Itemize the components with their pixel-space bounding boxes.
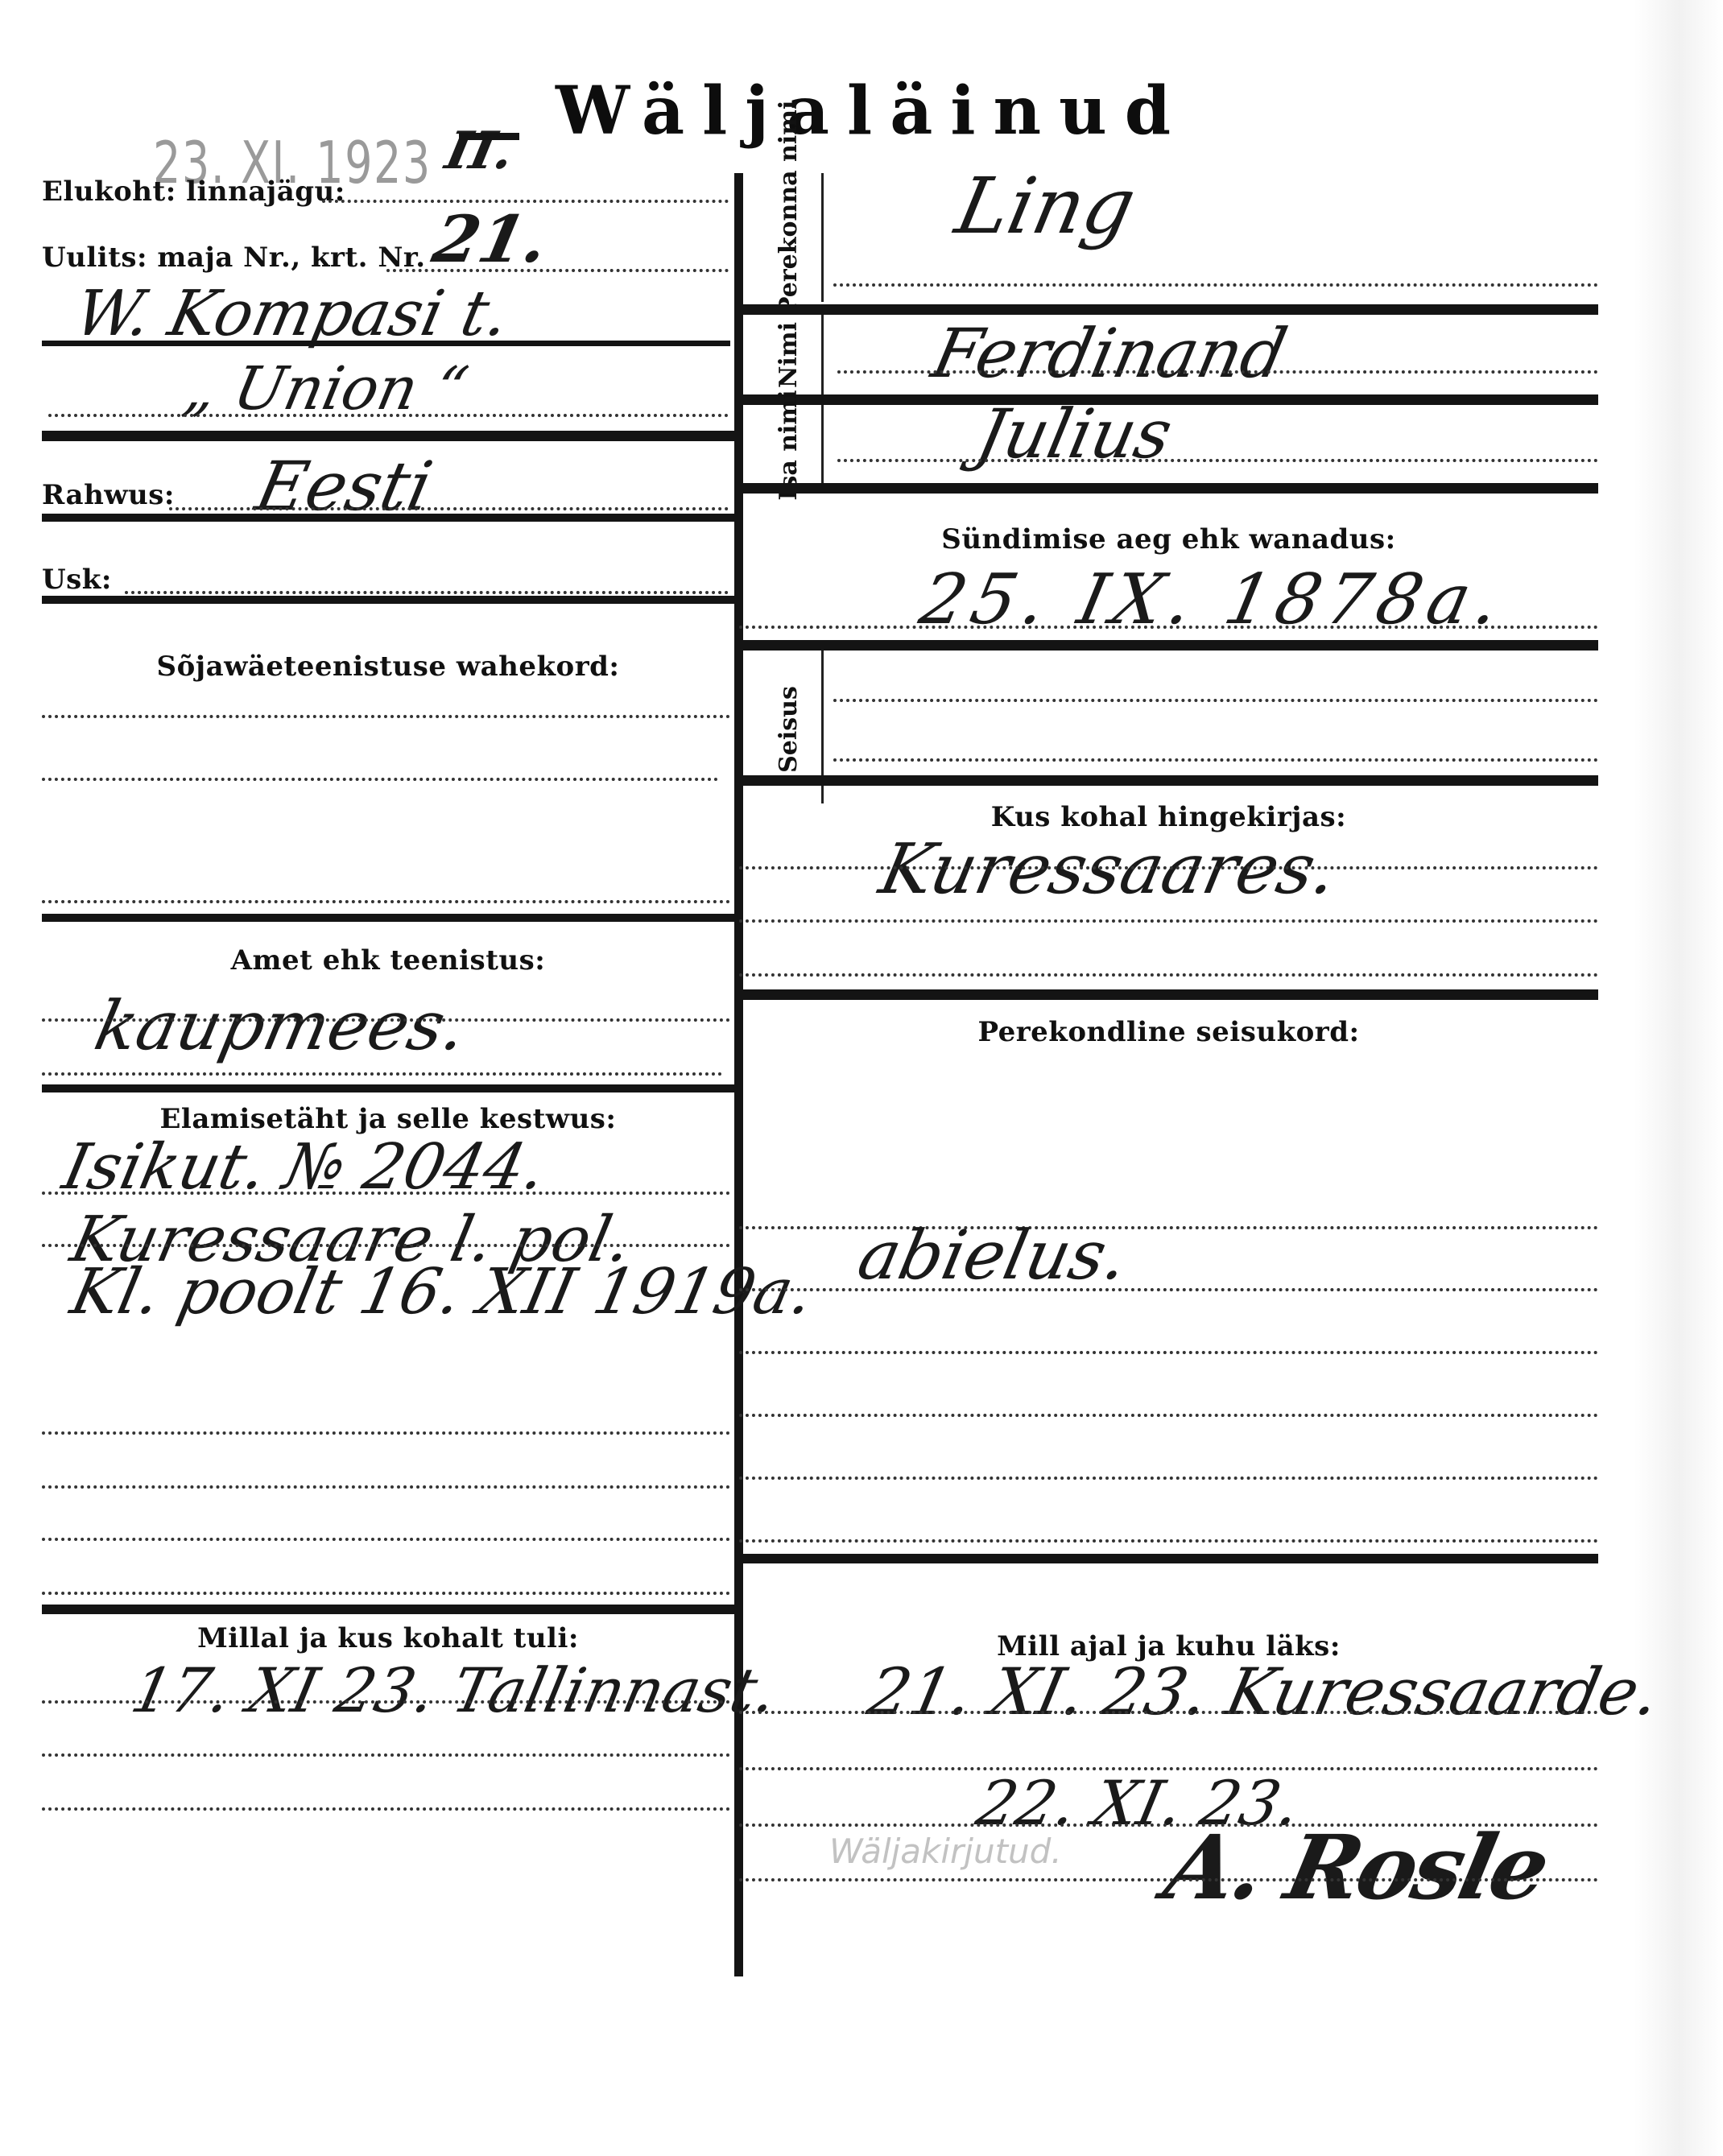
nimi-line [837,370,1598,374]
millal-tuli-label: Millal ja kus kohalt tuli: [42,1622,734,1654]
perekondlik-line-4[interactable] [739,1414,1598,1417]
amet-label: Amet ehk teenistus: [42,944,734,977]
elamiseta-rule-3 [42,1431,730,1435]
sojavae-label: Sõjawäeteenistuse wahekord: [42,651,734,683]
perekondlik-line-2 [739,1288,1598,1291]
torn-paper-edge [1634,0,1723,2156]
signature: A. Rosle [1156,1815,1556,1919]
millal-tuli-rule-1 [42,1700,730,1704]
nimi-value[interactable]: Ferdinand [926,314,1294,393]
isa-line [837,459,1598,462]
synd-label: Sündimise aeg ehk wanadus: [739,523,1598,556]
section-rule-4 [42,914,734,922]
perekondlik-line-6[interactable] [739,1539,1598,1543]
right-rule-5 [739,775,1598,786]
address-line2-rule [48,414,729,417]
right-rule-6 [739,989,1598,1000]
elamiseta-rule-5[interactable] [42,1538,730,1541]
millal-tuli-rule-3[interactable] [42,1807,730,1811]
hingekiri-value[interactable]: Kuressaares. [873,829,1344,910]
section-rule-1 [42,431,734,441]
elukoht-label: Elukoht: linnajägu: [42,176,345,208]
section-rule-3 [42,596,734,604]
millal-tuli-rule-2[interactable] [42,1753,730,1757]
address-rule [42,341,730,346]
amet-line-1[interactable] [42,1018,730,1022]
seisus-label: Seisus [776,681,802,778]
sojavae-line-3[interactable] [42,900,730,903]
elamiseta-rule-2 [42,1244,730,1247]
uulits-value[interactable]: 21. [427,201,555,277]
section-rule-5 [42,1084,734,1092]
lahkus-line-4 [739,1878,1598,1881]
perekonna-line [833,283,1598,287]
right-rule-7 [739,1554,1598,1563]
label-divider-3 [821,405,824,485]
perekondlik-line-5[interactable] [739,1477,1598,1480]
sojavae-line-1[interactable] [42,715,730,718]
amet-line-2[interactable] [42,1072,722,1076]
usk-label: Usk: [42,564,112,596]
perekondlik-value[interactable]: abielus. [852,1216,1135,1295]
isa-label: Isa nimi [776,373,802,518]
uulits-label: Uulits: maja Nr., krt. Nr. [42,242,426,274]
elamiseta-rule-1 [42,1192,730,1195]
district-mark: II. [440,121,519,181]
hingekiri-line-2[interactable] [739,919,1598,923]
elamiseta-line-3[interactable]: Kl. poolt 16. XII 1919a. [64,1256,819,1328]
hingekiri-label: Kus kohal hingekirjas: [739,801,1598,833]
elamiseta-rule-6[interactable] [42,1592,730,1595]
elamiseta-label: Elamisetäht ja selle kestwus: [42,1103,734,1135]
right-rule-3 [739,483,1598,494]
address-line-1[interactable]: W. Kompasi t. [68,278,515,350]
sojavae-line-2[interactable] [42,778,718,781]
perekondlik-line-3[interactable] [739,1351,1598,1354]
right-rule-4 [739,640,1598,651]
millal-tuli-value[interactable]: 17. XI 23. Tallinnast. [126,1654,783,1726]
rahwus-label: Rahwus: [42,479,175,511]
seisus-line-2[interactable] [833,758,1598,762]
stamp-dash [459,133,519,140]
perekonna-label: Perekonna nimi [776,154,802,315]
label-divider-2 [821,315,824,395]
perekondlik-label: Perekondline seisukord: [739,1016,1598,1048]
lahkus-line-1 [739,1711,1598,1714]
hingekiri-line-1 [739,866,1598,869]
elamiseta-rule-4[interactable] [42,1485,730,1489]
form-title: Wäljaläinud [556,72,1188,150]
seisus-line-1[interactable] [833,699,1598,702]
perekonna-value[interactable]: Ling [948,161,1143,251]
label-divider-1 [821,173,824,302]
usk-line[interactable] [125,591,729,594]
rahwus-line [169,507,729,510]
lahkus-value[interactable]: 21. XI. 23. Kuressaarde. [861,1654,1666,1729]
written-out-stamp: Wäljakirjutud. [829,1832,1062,1871]
synd-line [739,626,1598,629]
hingekiri-line-3[interactable] [739,973,1598,977]
section-rule-2 [42,514,734,522]
amet-value[interactable]: kaupmees. [89,986,474,1065]
section-rule-6 [42,1605,734,1614]
